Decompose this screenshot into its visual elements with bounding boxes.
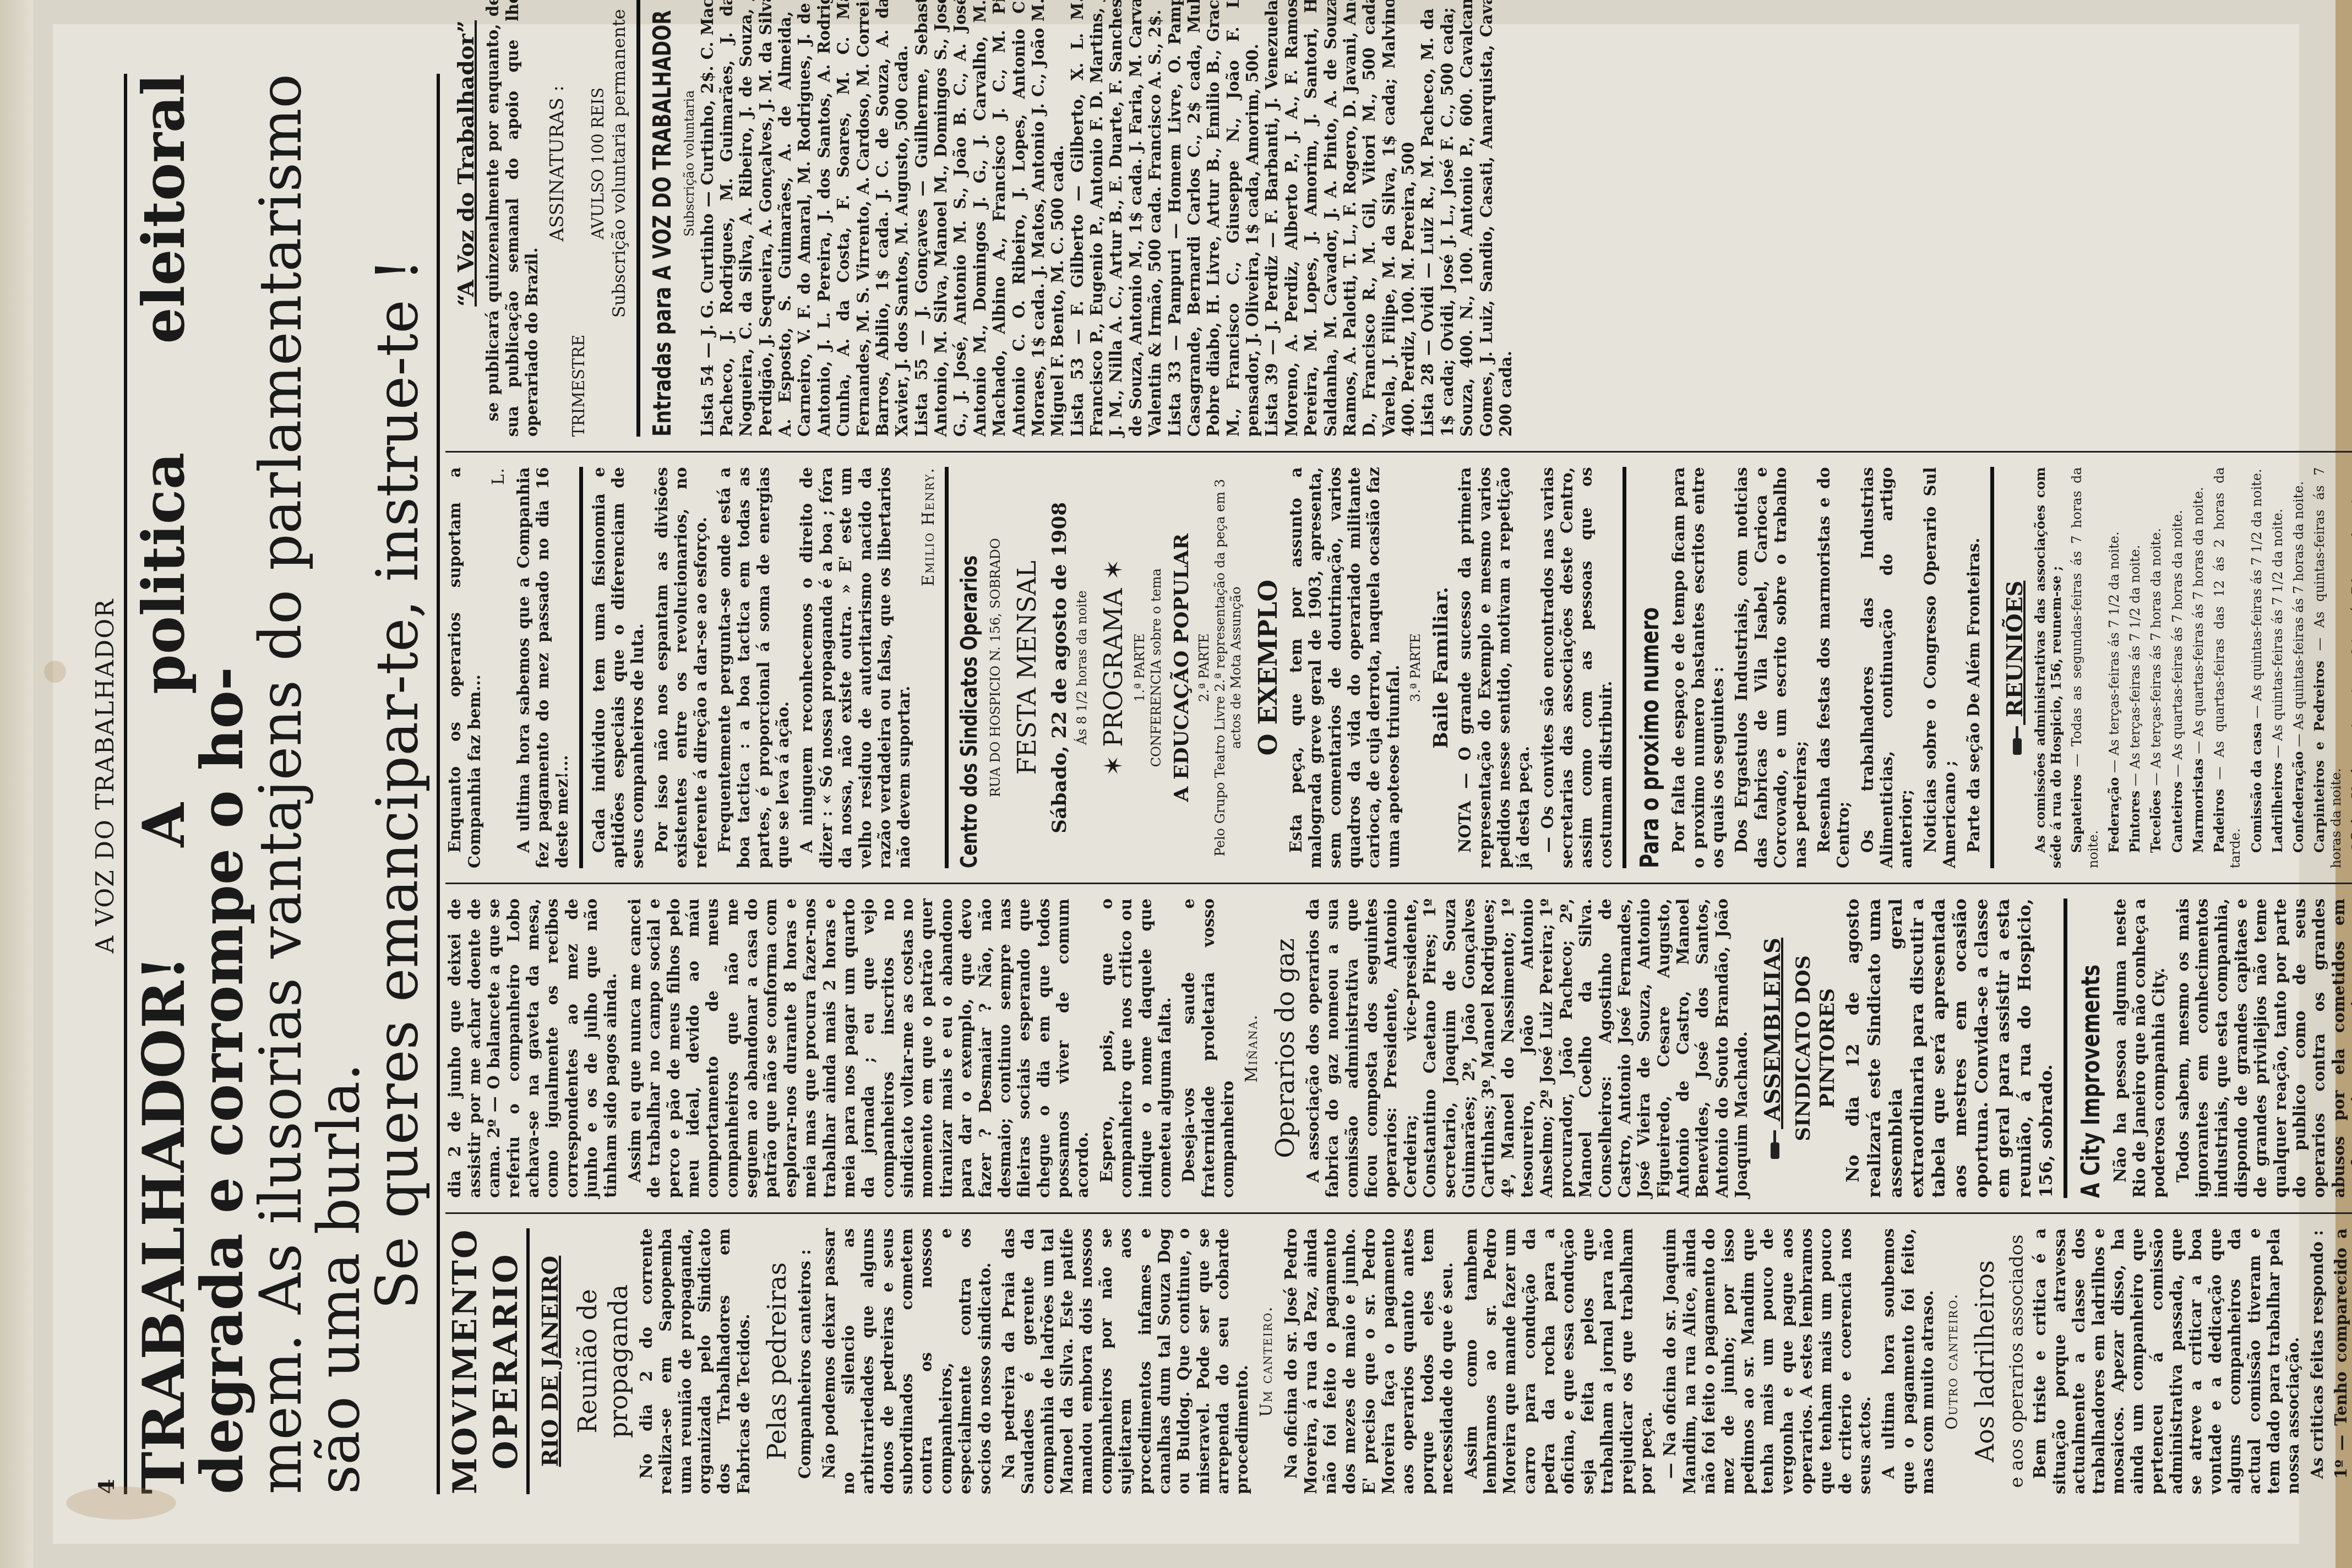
entradas-subtitle: Subscrição voluntaria	[682, 0, 698, 437]
reuniao-item: Carpinteiros e Pedreiros — As quintas-fe…	[2311, 467, 2344, 868]
section-title-movimento: MOVIMENTO OPERARIO	[445, 1228, 529, 1494]
divider	[636, 0, 640, 437]
reuniao-item: Ladrilheiros — As quintas-feiras ás 7 1/…	[2269, 467, 2286, 868]
pedreiras-title: Pelas pedreiras	[761, 1228, 792, 1494]
lista-text: Lista 28 — Ovidi — Luiz R., M. Pacheco, …	[1418, 0, 1516, 437]
banner-line-3: Se queres emancipar-te, instrue-te !	[368, 74, 427, 1494]
assembleias-label: ASSEMBLEIAS	[1760, 938, 1785, 1121]
paragraph: Na oficina do sr. José Pedro Moreira, á …	[1282, 1228, 1457, 1494]
reuniao-name: Ladrilheiros	[2269, 763, 2285, 853]
proximo-title: Para o proximo numero	[1634, 556, 1665, 868]
paragraph: Espero, pois, que o companheiro que nos …	[1097, 899, 1175, 1198]
divider	[2064, 899, 2067, 1198]
voz-title: “A Voz do Trabalhador”	[453, 0, 480, 437]
running-title: A VOZ DO TRABALHADOR	[91, 598, 119, 954]
lista-row: Lista 53 — F. Gilberto — Gilberto, X. L.…	[1068, 0, 1166, 437]
paragraph: As criticas feitas respondo :	[2308, 1228, 2327, 1494]
reuniao-when: — As terças-feiras ás 7 1/2 da noite.	[2106, 531, 2122, 773]
reuniao-when: — As quintas-feiras ás 7 horas da noite.	[2291, 481, 2306, 747]
column-1: MOVIMENTO OPERARIO RIO DE JANEIRO Reuniã…	[445, 1214, 2352, 1494]
reuniao-when: — As terças-feiras ás 7 horas da noite.	[2148, 528, 2164, 786]
star-icon: ✶	[1098, 559, 1128, 588]
reuniao-item: Padeiros — As quartas-feiras das 12 ás 2…	[2211, 467, 2244, 868]
parte-text: CONFERENCIA sobre o tema	[1148, 467, 1164, 868]
listas: Lista 54 — J. G. Curtinho — Curtinho, 2$…	[698, 0, 1516, 437]
paragraph: Frequentemente pergunta-se onde está a b…	[715, 467, 793, 868]
lista-row: Lista 55 — J. Gonçaves — Guilherme, Seba…	[912, 0, 1068, 437]
reuniao-name: Oficios Varios	[2349, 752, 2352, 853]
lista-text: Lista 53 — F. Gilberto — Gilberto, X. L.…	[1068, 0, 1166, 437]
reuniao-item: Tecelões — As terças-feiras ás 7 horas d…	[2148, 467, 2164, 868]
pointing-hand-icon	[2010, 725, 2024, 755]
paragraph: A ninguem reconhecemos o direito de dize…	[797, 467, 914, 868]
paragraph: 1º — Tenho comparecido a todas as reuniõ…	[2332, 1228, 2352, 1494]
paragraph: Não podemos deixar passar no silencio as…	[820, 1228, 995, 1494]
lista-row: Lista 39 — J. Perdiz — F. Barbanti, J. V…	[1262, 0, 1418, 437]
signature: L.	[489, 467, 508, 868]
reuniao-name: Tecelões	[2148, 790, 2164, 853]
paragraph: NOTA — O grande sucesso da primeira repr…	[1456, 467, 1534, 868]
paragraph: A ultima hora sabemos que a Companhia fe…	[514, 467, 573, 868]
running-head: 4 A VOZ DO TRABALHADOR	[91, 74, 127, 1494]
paragraph: Por isso não nos espantam as divisões ex…	[652, 467, 711, 868]
reunioes-list: Sapateiros — Todas as segundas-feiras ás…	[2068, 467, 2352, 868]
paragraph: Enquanto os operarios suportam a Companh…	[445, 467, 484, 868]
programa-title: ✶ PROGRAMA ✶	[1098, 467, 1129, 868]
reuniao-name: Canteiros	[2169, 781, 2185, 853]
paragraph: Assim como tambem lembramos ao sr. Pedro…	[1462, 1228, 1657, 1494]
reuniao-item: Canteiros — As quartas-feiras ás 7 horas…	[2169, 467, 2186, 868]
paragraph: Na pedreira da Praia das Saudades é gere…	[999, 1228, 1253, 1494]
signature: Emilio Henry.	[919, 467, 938, 868]
book-spine	[0, 0, 33, 1568]
reuniao-name: Carpinteiros e Pedreiros	[2311, 661, 2327, 853]
paragraph: Companheiros canteiros :	[796, 1228, 815, 1494]
signature: Outro canteiro.	[1942, 1228, 1962, 1494]
column-4: “A Voz do Trabalhador” se publicará quin…	[445, 0, 2352, 453]
paragraph: As comissões administrativas das associa…	[2032, 467, 2065, 868]
paragraph: Bem triste e critica é a situação porque…	[2030, 1228, 2303, 1494]
rio-heading: RIO DE JANEIRO	[537, 1228, 564, 1494]
lista-row: Lista 28 — Ovidi — Luiz R., M. Pacheco, …	[1418, 0, 1516, 437]
parte-label: 1.ª PARTE	[1132, 467, 1148, 868]
reuniao-name: Federação	[2106, 777, 2122, 853]
list-item: Dos Ergastulos Industriais, com noticias…	[1732, 467, 1810, 868]
reuniao-item: Marmoristas — As quartas-feiras ás 7 hor…	[2190, 467, 2207, 868]
ladrilheiros-subtitle: e aos operarios associados	[2006, 1228, 2028, 1494]
column-3: Enquanto os operarios suportam a Companh…	[445, 453, 2352, 884]
paragraph: A ultima hora soubemos que o pagamento f…	[1879, 1228, 1937, 1494]
lista-row: Lista 54 — J. G. Curtinho — Curtinho, 2$…	[698, 0, 912, 437]
signature: Miñana.	[1242, 899, 1261, 1198]
paragraph: — Os convites são encontrados nas varias…	[1538, 467, 1616, 868]
reuniao-when: — As quintas-feiras ás 7 horas da noite.	[2349, 482, 2352, 748]
paragraph: Por falta de espaço e de tempo ficam par…	[1669, 467, 1728, 868]
centro-address: RUA DO HOSPICIO N. 156, SOBRADO	[988, 467, 1004, 868]
paragraph: Assim eu que nunca me cancei de trabalha…	[625, 899, 1093, 1198]
reuniao-when: — As quartas-feiras ás 7 horas da noite.	[2170, 510, 2185, 777]
assinaturas-label: ASSINATURAS :	[546, 0, 569, 437]
city-title: A City Improvements	[2075, 965, 2106, 1198]
list-item: Parte da seção De Além Fronteiras.	[1964, 467, 1984, 868]
reuniao-item: Sapateiros — Todas as segundas-feiras ás…	[2068, 467, 2101, 868]
reuniao-name: Marmoristas	[2190, 758, 2206, 853]
paragraph: A associação dos operarios da fabrica do…	[1304, 899, 1752, 1198]
reuniao-when: — As quartas-feiras ás 7 horas da noite.	[2191, 487, 2206, 754]
paper-stain	[66, 1487, 176, 1520]
paragraph: No dia 12 de agosto realizará este Sindi…	[1842, 899, 2057, 1198]
paragraph: Todos sabem, mesmo os mais ignorantes em…	[2174, 899, 2352, 1198]
paragraph: Esta peça, que tem por assunto a malogra…	[1287, 467, 1403, 868]
reuniao-text: No dia 2 do corrente realiza-se em Sapop…	[637, 1228, 754, 1494]
reuniao-item: Confederação — As quintas-feiras ás 7 ho…	[2290, 467, 2307, 868]
assembleias-title: ASSEMBLEIAS	[1760, 899, 1787, 1198]
newspaper-page: 4 A VOZ DO TRABALHADOR TRABALHADOR! A po…	[53, 24, 2299, 1544]
festa-date: Sábado, 22 de agosto de 1908	[1048, 467, 1072, 868]
banner-headline: TRABALHADOR! A politica eleitoral degrad…	[127, 74, 440, 1494]
paragraph: Deseja-vos saude e fraternidade proletar…	[1179, 899, 1238, 1198]
gaz-title: Operarios do gaz	[1270, 899, 1300, 1198]
reunioes-title: REUNIÕES	[2002, 467, 2029, 868]
star-icon: ✶	[1098, 747, 1128, 776]
reuniao-name: Sapateiros	[2068, 774, 2084, 853]
subscricao-note: Subscrição voluntaria permanente	[608, 0, 630, 437]
columns: MOVIMENTO OPERARIO RIO DE JANEIRO Reuniã…	[445, 74, 2352, 1494]
divider	[1623, 467, 1626, 868]
pintores-title: SINDICATO DOS PINTORES	[1792, 899, 1840, 1198]
reuniao-name: Confederação	[2290, 751, 2306, 853]
reuniao-item: Comissão da casa — As quintas-feiras ás …	[2248, 467, 2265, 868]
parte-label: 3.ª PARTE	[1408, 467, 1424, 868]
lista-row: Lista 33 — Pampuri — Homem Livre, O. Pam…	[1166, 0, 1263, 437]
reuniao-name: Padeiros	[2211, 789, 2227, 853]
divider	[579, 467, 583, 868]
reuniao-item: Pintores — As terças-feiras ás 7 1/2 da …	[2127, 467, 2143, 868]
divider	[945, 467, 949, 868]
paragraph: Não ha pessoa alguma neste Rio de Janeir…	[2111, 899, 2169, 1198]
festa-time: Ás 8 1/2 horas da noite	[1074, 467, 1090, 868]
column-2: dia 2 de junho que deixei de assistir po…	[445, 884, 2352, 1214]
reuniao-when: — As terças-feiras ás 7 1/2 da noite.	[2127, 545, 2143, 787]
reuniao-item: Federação — As terças-feiras ás 7 1/2 da…	[2106, 467, 2122, 868]
list-item: Noticias sobre o Congresso Operario Sul …	[1921, 467, 1960, 868]
lista-text: Lista 55 — J. Gonçaves — Guilherme, Seba…	[912, 0, 1068, 437]
play-title: O EXEMPLO	[1253, 467, 1283, 868]
paragraph: dia 2 de junho que deixei de assistir po…	[445, 899, 620, 1198]
banner-line-1: TRABALHADOR! A politica eleitoral degrad…	[135, 74, 252, 1494]
list-item: Os trabalhadores das Industrias Alimenti…	[1858, 467, 1917, 868]
reuniao-title: Reunião de propaganda	[572, 1228, 634, 1494]
reuniao-when: — As quintas-feiras ás 7 1/2 da noite.	[2270, 509, 2285, 759]
reunioes-label: REUNIÕES	[2002, 581, 2028, 717]
lista-text: Lista 33 — Pampuri — Homem Livre, O. Pam…	[1166, 0, 1263, 437]
parte-text: Pelo Grupo Teatro Livre 2.ª representaçã…	[1212, 467, 1245, 868]
parte-text: Baile Familiar.	[1429, 467, 1453, 868]
reuniao-when: — As quintas-feiras ás 7 1/2 da noite.	[2249, 469, 2264, 718]
reuniao-name: Pintores	[2127, 791, 2143, 853]
trimestre-label: TRIMESTRE	[569, 335, 589, 437]
centro-title: Centro dos Sindicatos Operarios	[956, 556, 983, 868]
pointing-hand-icon	[1767, 1129, 1782, 1159]
trimestre-row: TRIMESTRE 1$000	[569, 0, 589, 437]
ladrilheiros-title: Aos ladrilheiros	[1969, 1228, 2000, 1494]
paragraph: Cada individuo tem uma fisionomia e apti…	[590, 467, 648, 868]
signature: Um canteiro.	[1257, 1228, 1276, 1494]
lista-text: Lista 54 — J. G. Curtinho — Curtinho, 2$…	[698, 0, 912, 437]
paragraph: — Na oficina do sr. Joaquim Mandim, na r…	[1660, 1228, 1875, 1494]
reuniao-name: Comissão da casa	[2248, 723, 2264, 853]
paper-stain	[44, 661, 66, 683]
banner-line-2: mem. As ilusorias vantajens do parlament…	[252, 74, 368, 1494]
avulso-price: AVULSO 100 REIS	[589, 0, 608, 437]
festa-title: FESTA MENSAL	[1011, 467, 1042, 868]
parte-theme: A EDUCAÇÃO POPULAR	[1170, 467, 1194, 868]
reuniao-item: Oficios Varios — As quintas-feiras ás 7 …	[2349, 467, 2352, 868]
lista-text: Lista 39 — J. Perdiz — F. Barbanti, J. V…	[1262, 0, 1418, 437]
parte-label: 2.ª PARTE	[1196, 467, 1212, 868]
divider	[1990, 467, 1994, 868]
list-item: Resenha das festas dos marmoristas e do …	[1815, 467, 1854, 868]
programa-label: PROGRAMA	[1098, 589, 1128, 747]
paragraph: se publicará quinzenalmente por enquanto…	[483, 0, 542, 437]
entradas-title: Entradas para A VOZ DO TRABALHADOR	[648, 10, 678, 437]
